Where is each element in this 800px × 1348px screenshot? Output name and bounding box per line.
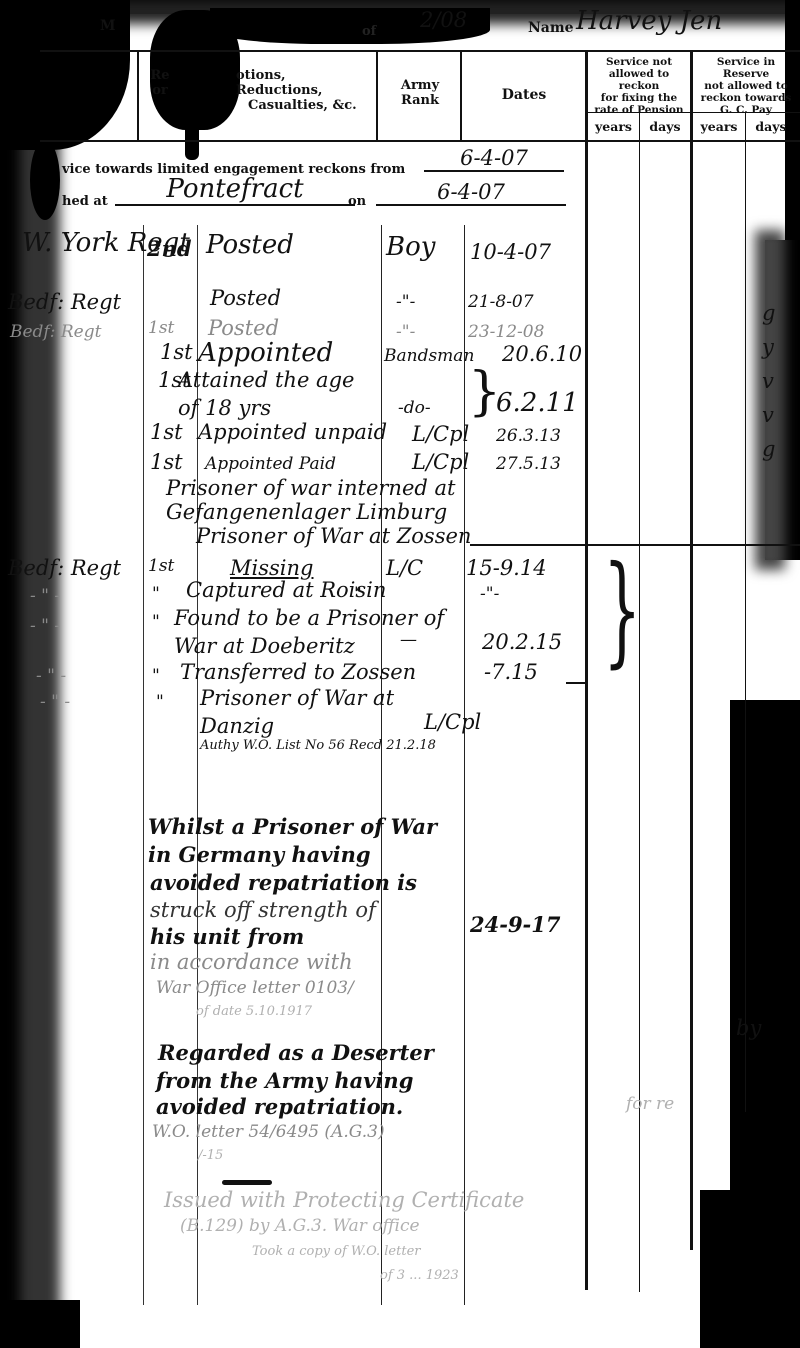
entry-regiment: Bedf: Regt — [8, 556, 121, 580]
attested-place: Pontefract — [115, 174, 355, 206]
header-pension-line2: allowed to reckon — [588, 68, 690, 92]
entry-event: Appointed — [198, 338, 333, 368]
col-line-rank — [460, 50, 462, 140]
header-promotions-line2: Casualties, &c. — [236, 98, 376, 113]
entry-battalion: " — [152, 666, 160, 686]
entry-battalion: " — [152, 584, 160, 604]
entry-battalion: 1st — [160, 340, 193, 364]
entry-rank: L/Cpl — [412, 450, 469, 474]
header-gc-pay: Service in Reserve not allowed to reckon… — [692, 56, 800, 116]
body-line-rank — [381, 225, 382, 1305]
header-gc-line3: reckon towards — [692, 92, 800, 104]
name-label: Name — [528, 20, 574, 36]
entry-event: Prisoner of War at Danzig — [200, 684, 400, 740]
right-brace: } — [603, 546, 641, 676]
entry-regiment: Bedf: Regt — [8, 290, 121, 314]
entry-regiment: - " - — [30, 586, 60, 606]
attested-date: 6-4-07 — [376, 180, 566, 206]
body-line-regiment — [143, 225, 144, 1305]
entry-date: 20.2.15 — [482, 630, 562, 654]
remark-line: struck off strength of — [150, 898, 376, 922]
scan-corner-bottom-left — [0, 1300, 80, 1348]
entry-battalion: " — [156, 692, 164, 712]
remark-line: W.O. letter 54/6495 (A.G.3) — [152, 1122, 385, 1142]
header-gc-line1: Service in Reserve — [692, 56, 800, 80]
entry-rank: Boy — [386, 232, 435, 262]
entry-date: 23-12-08 — [468, 322, 544, 342]
col-line-regiment — [137, 50, 139, 140]
entry-battalion: " — [152, 612, 160, 632]
entry-authority: Authy W.O. List No 56 Recd 21.2.18 — [200, 738, 436, 753]
body-line-dates — [464, 225, 465, 1305]
remark-line: Whilst a Prisoner of War — [148, 814, 437, 839]
form-number-handwritten: 2/08 — [420, 8, 467, 32]
entry-regiment: - " - — [40, 692, 70, 712]
entry-battalion: 1st — [150, 450, 183, 474]
entry-date: 15-9.14 — [466, 556, 547, 580]
of-label: of — [362, 24, 376, 39]
header-army-rank: Army Rank — [380, 78, 460, 108]
entry-rank: — — [400, 630, 417, 650]
right-margin-glyphs: g y v v g — [762, 296, 775, 466]
header-pension-years: years — [588, 119, 639, 134]
right-margin-lower: by — [736, 1016, 761, 1040]
header-pension-line3: for fixing the — [588, 92, 690, 104]
entry-rank: -do- — [398, 398, 431, 418]
col-line-dates — [585, 50, 588, 1290]
stain-left-bleed — [30, 140, 60, 220]
header-regiment-line1: Re — [140, 68, 180, 83]
name-value: Harvey Jen — [576, 6, 722, 36]
remark-line: of date 5.10.1917 — [196, 1004, 312, 1019]
header-regiment-line2: or — [140, 83, 180, 98]
header-pension-line4: rate of Pension — [588, 104, 690, 116]
header-rank-line1: Army — [380, 78, 460, 93]
entry-event: Found to be a Prisoner of War at Doeberi… — [174, 604, 474, 660]
header-gc-line2: not allowed to — [692, 80, 800, 92]
col-line-pension-days — [690, 50, 693, 1250]
header-promotions-line1: otions, Reductions, — [236, 68, 376, 98]
col-line-promotions — [376, 50, 378, 140]
transfer-tick — [566, 682, 588, 684]
entry-event: Posted — [206, 230, 294, 260]
remark-line: War Office letter 0103/ — [156, 978, 354, 998]
remark-line: in accordance with — [150, 950, 353, 974]
entry-rank: L/C — [386, 556, 423, 580]
attested-label: hed at — [62, 194, 108, 209]
entry-event: Transferred to Zossen — [180, 660, 416, 684]
right-margin-faint: for re — [626, 1094, 674, 1114]
header-gc-line4: G. C. Pay — [692, 104, 800, 116]
form-title-fragment: M — [100, 18, 116, 34]
entry-regiment: - " - — [36, 666, 66, 686]
entry-event: Prisoner of war interned at Gefangenenla… — [166, 476, 466, 524]
remark-line: avoided repatriation is — [150, 870, 417, 895]
remark-line: avoided repatriation. — [156, 1094, 403, 1119]
remark-prisoner-date: 24-9-17 — [470, 912, 561, 937]
remark-line: in Germany having — [148, 842, 371, 867]
remark-line: Took a copy of W.O. letter — [252, 1244, 420, 1259]
scan-corner-bottom-right — [700, 1190, 800, 1348]
remark-line: Issued with Protecting Certificate — [164, 1188, 524, 1212]
entry-battalion: 2nd — [147, 236, 192, 261]
col-line-gc-years — [745, 112, 746, 1112]
entry-date: 27.5.13 — [496, 454, 561, 474]
entry-rank: " — [354, 584, 362, 604]
col-line-pension-years — [639, 112, 640, 1292]
entry-event: Missing — [230, 556, 313, 580]
entry-battalion: 1st — [148, 318, 174, 338]
entry-event: Prisoner of War at Zossen — [196, 524, 471, 548]
attested-on-label: on — [348, 194, 366, 209]
header-gc-years: years — [693, 119, 745, 134]
entry-regiment: Bedf: Regt — [10, 322, 101, 342]
entry-date: 21-8-07 — [468, 292, 534, 312]
reckons-date: 6-4-07 — [424, 146, 564, 172]
entry-battalion: 1st — [148, 556, 174, 576]
entry-date: 26.3.13 — [496, 426, 561, 446]
entry-event: Attained the age of 18 yrs — [178, 366, 378, 422]
entry-rank: L/Cpl — [412, 422, 469, 446]
entry-date: 20.6.10 — [502, 342, 582, 366]
header-rank-line2: Rank — [380, 93, 460, 108]
entry-rank: L/Cpl — [424, 710, 481, 734]
header-regiment: Re or — [140, 68, 180, 98]
entry-date: 10-4-07 — [470, 240, 551, 264]
entry-rank: Bandsman — [384, 346, 474, 366]
remark-line: from the Army having — [156, 1068, 413, 1093]
header-pension-days: days — [640, 119, 690, 134]
service-record-page: M of 2/08 Name Harvey Jen Re or otions, … — [0, 0, 800, 1348]
remark-line: Regarded as a Deserter — [158, 1040, 434, 1065]
header-promotions: otions, Reductions, Casualties, &c. — [236, 68, 376, 113]
remark-line: /-15 — [198, 1148, 223, 1163]
remark-line: his unit from — [150, 924, 304, 949]
entry-event: Posted — [210, 286, 281, 310]
ink-stroke — [222, 1180, 272, 1185]
entry-date: -7.15 — [484, 660, 538, 684]
entry-rank: -"- — [396, 292, 415, 312]
header-dates: Dates — [463, 88, 585, 103]
entry-date: -"- — [480, 584, 499, 604]
header-bottom-rule — [40, 140, 800, 142]
table-top-rule — [40, 50, 800, 52]
entry-rank: -"- — [396, 322, 415, 342]
entry-date: 6.2.11 — [496, 388, 579, 418]
header-pension: Service not allowed to reckon for fixing… — [588, 56, 690, 116]
remark-line: of 3 ... 1923 — [380, 1268, 459, 1283]
entry-regiment: - " - — [30, 616, 60, 636]
remark-line: (B.129) by A.G.3. War office — [180, 1216, 420, 1236]
header-gc-days: days — [746, 119, 796, 134]
entry-event: Appointed Paid — [205, 454, 336, 474]
header-pension-line1: Service not — [588, 56, 690, 68]
stain-column-drip — [185, 40, 199, 160]
entry-battalion: 1st — [150, 420, 183, 444]
entry-event: Appointed unpaid — [198, 420, 387, 444]
entry-event: Posted — [208, 316, 279, 340]
